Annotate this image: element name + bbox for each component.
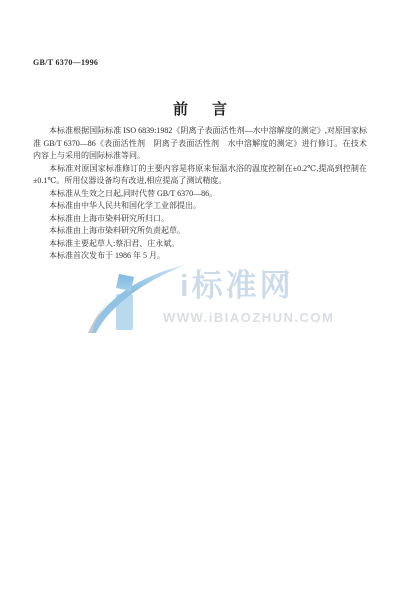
foreword-paragraph: 本标准根据国际标准 ISO 6839:1982《阴离子表面活性剂—水中溶解度的测…	[33, 125, 367, 163]
standard-number: GB/T 6370—1996	[33, 58, 98, 67]
foreword-body: 本标准根据国际标准 ISO 6839:1982《阴离子表面活性剂—水中溶解度的测…	[33, 125, 367, 263]
foreword-paragraph: 本标准对原国家标准修订的主要内容是将原来恒温水浴的温度控制在±0.2℃,提高到控…	[33, 163, 367, 188]
watermark-site-url: WWW.iBIAOZHUN.COM	[163, 310, 334, 325]
watermark-site-name: i标准网	[180, 260, 294, 305]
document-page: GB/T 6370—1996 前言 本标准根据国际标准 ISO 6839:198…	[0, 0, 400, 597]
ibiaozhun-logo-icon	[86, 255, 186, 335]
foreword-paragraph: 本标准从生效之日起,同时代替 GB/T 6370—86。	[33, 188, 367, 201]
page-title: 前言	[0, 98, 400, 119]
foreword-paragraph: 本标准首次发布于 1986 年 5 月。	[33, 250, 367, 263]
foreword-paragraph: 本标准由上海市染料研究所归口。	[33, 213, 367, 226]
foreword-paragraph: 本标准由中华人民共和国化学工业部提出。	[33, 200, 367, 213]
foreword-paragraph: 本标准主要起草人:蔡汨君、庄永斌。	[33, 238, 367, 251]
watermark: i标准网 WWW.iBIAOZHUN.COM	[86, 250, 326, 345]
foreword-paragraph: 本标准由上海市染料研究所负责起草。	[33, 225, 367, 238]
